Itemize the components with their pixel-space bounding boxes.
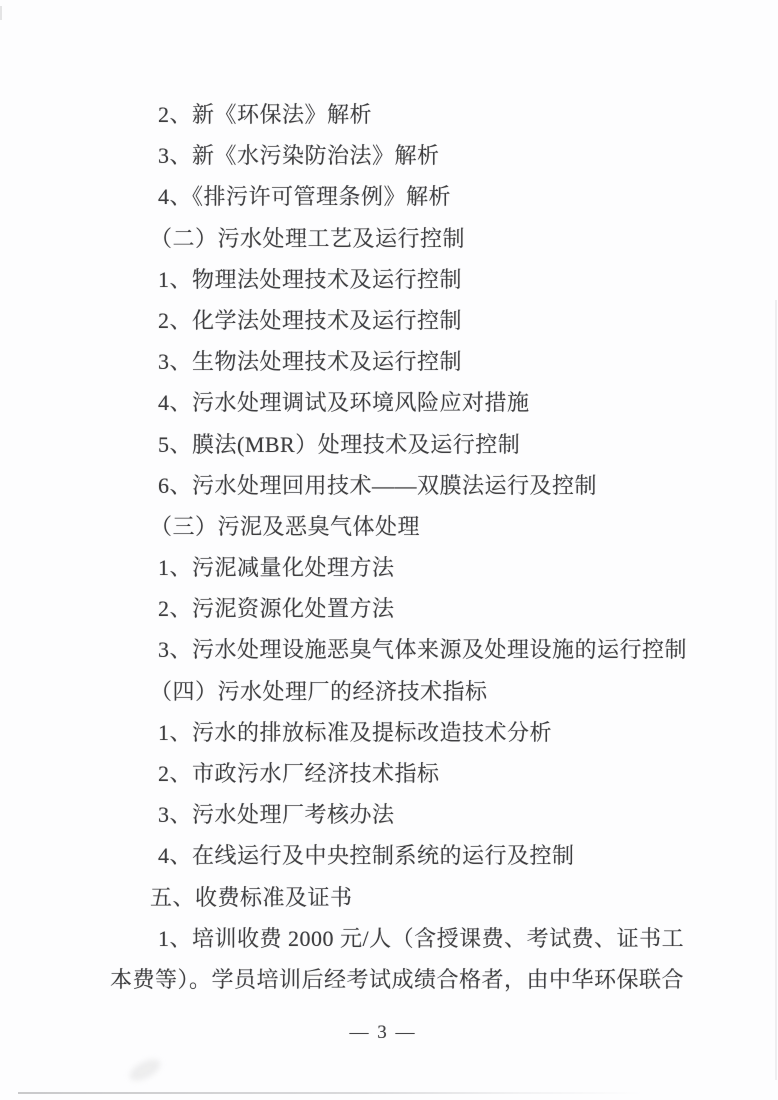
text-line: 2、新《环保法》解析 xyxy=(110,94,720,135)
text-line: （四）污水处理厂的经济技术指标 xyxy=(110,671,720,712)
text-line: 3、新《水污染防治法》解析 xyxy=(110,135,720,176)
text-line: （三）污泥及恶臭气体处理 xyxy=(110,506,720,547)
page-number: — 3 — xyxy=(0,1022,766,1044)
scan-artifact-right-edge xyxy=(775,300,777,1080)
text-line: 4、污水处理调试及环境风险应对措施 xyxy=(110,382,720,423)
text-line: 五、收费标准及证书 xyxy=(110,877,720,918)
text-line: 1、物理法处理技术及运行控制 xyxy=(110,259,720,300)
scan-artifact-smudge xyxy=(126,1055,164,1085)
text-line: 5、膜法(MBR）处理技术及运行控制 xyxy=(110,424,720,465)
text-line: 2、污泥资源化处置方法 xyxy=(110,588,720,629)
scan-artifact-bottom-line xyxy=(18,1092,643,1094)
text-line: 1、污泥减量化处理方法 xyxy=(110,547,720,588)
text-line: 6、污水处理回用技术——双膜法运行及控制 xyxy=(110,465,720,506)
text-line: 3、污水处理厂考核办法 xyxy=(110,794,720,835)
text-line: 2、化学法处理技术及运行控制 xyxy=(110,300,720,341)
document-page: 2、新《环保法》解析3、新《水污染防治法》解析4、《排污许可管理条例》解析（二）… xyxy=(0,0,778,1100)
document-body: 2、新《环保法》解析3、新《水污染防治法》解析4、《排污许可管理条例》解析（二）… xyxy=(110,94,720,1000)
text-line: （二）污水处理工艺及运行控制 xyxy=(110,218,720,259)
text-line: 本费等）。学员培训后经考试成绩合格者，由中华环保联合 xyxy=(110,959,720,1000)
scan-artifact-top-left-mark xyxy=(0,6,2,20)
text-line: 1、污水的排放标准及提标改造技术分析 xyxy=(110,712,720,753)
text-line: 3、生物法处理技术及运行控制 xyxy=(110,341,720,382)
text-line: 4、在线运行及中央控制系统的运行及控制 xyxy=(110,835,720,876)
text-line: 1、培训收费 2000 元/人（含授课费、考试费、证书工 xyxy=(110,918,720,959)
text-line: 3、污水处理设施恶臭气体来源及处理设施的运行控制 xyxy=(110,629,720,670)
text-line: 4、《排污许可管理条例》解析 xyxy=(110,176,720,217)
text-line: 2、市政污水厂经济技术指标 xyxy=(110,753,720,794)
